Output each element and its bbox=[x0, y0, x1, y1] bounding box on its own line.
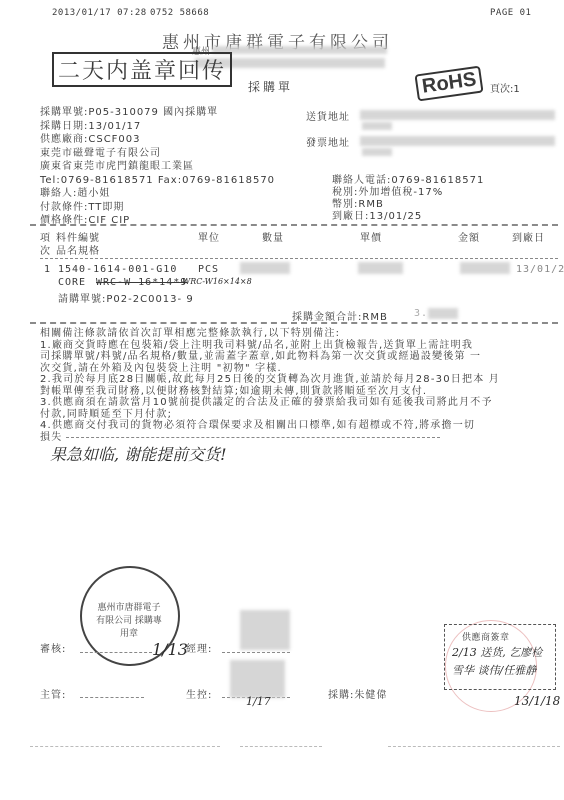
manager-line bbox=[222, 652, 290, 653]
header-divider bbox=[40, 258, 558, 259]
manager-label: 經理: bbox=[186, 640, 212, 655]
review-line bbox=[80, 652, 152, 653]
review-signature: 1/13 bbox=[152, 640, 188, 659]
total-value-prefix: 3. bbox=[414, 308, 428, 319]
header-quantity: 數量 bbox=[262, 229, 284, 244]
production-signature: 1/17 bbox=[246, 695, 271, 708]
document-title: 採購單 bbox=[248, 78, 293, 95]
vendor-tel-fax: Tel:0769-81618571 Fax:0769-81618570 bbox=[40, 174, 275, 188]
row-request-no: 請購單號:P02-2C0013- 9 bbox=[58, 290, 194, 305]
payment-terms: 付款條件:TT即期 bbox=[40, 201, 275, 215]
redacted-amount bbox=[460, 262, 510, 274]
redacted-address bbox=[212, 46, 387, 54]
fax-number: 0752 58668 bbox=[150, 8, 209, 18]
contact-person: 聯絡人:趙小姐 bbox=[40, 187, 275, 201]
row-spec-handwritten: WRC-W16×14×8 bbox=[182, 277, 252, 286]
order-info: 採購單號:P05-310079 國內採購單 採購日期:13/01/17 供應廠商… bbox=[40, 106, 275, 228]
redacted-production-signature bbox=[230, 660, 285, 698]
row-name: CORE bbox=[58, 277, 86, 288]
vendor-address: 廣東省東莞市虎門鎮龍眼工業區 bbox=[40, 160, 275, 174]
row-unit: PCS bbox=[198, 264, 219, 275]
fax-timestamp: 2013/01/17 07:28 bbox=[52, 8, 147, 18]
handwritten-note: 果急如临, 谢能提前交货! bbox=[50, 442, 227, 465]
divider bbox=[30, 322, 558, 324]
page-number: 頁次:1 bbox=[490, 80, 520, 95]
redacted-unit-price bbox=[358, 262, 403, 274]
redacted-ship-to bbox=[360, 110, 555, 120]
note-line: 1.廠商交貨時應在包裝箱/袋上注明我司料號/品名,並附上出貨檢報告,送貨單上需註… bbox=[40, 340, 500, 352]
po-number: 採購單號:P05-310079 國內採購單 bbox=[40, 106, 275, 120]
header-part-spec: 品名規格 bbox=[56, 242, 100, 257]
row-item: 1 bbox=[44, 264, 51, 275]
notes: 相關備注條款請依首次訂單相應完整條款執行,以下特別備注: 1.廠商交貨時應在包裝… bbox=[40, 328, 500, 443]
vendor-name: 東莞市磁聲電子有限公司 bbox=[40, 147, 275, 161]
contact-phone: 聯絡人電話:0769-81618571 bbox=[332, 175, 484, 187]
supplier-handwritten-2: 雪华 谈伟/任雅静 bbox=[452, 662, 536, 678]
note-line: 次交貨,請在外箱及內包裝袋上注明 "初物" 字樣. bbox=[40, 363, 500, 375]
row-spec-struck: WRC-W 16*14*9 bbox=[96, 277, 187, 288]
fax-page: PAGE 01 bbox=[490, 8, 531, 18]
company-seal-text: 惠州市唐群電子有限公司 採購專用章 bbox=[94, 600, 164, 639]
rohs-stamp: RoHS bbox=[414, 66, 484, 102]
review-label: 審核: bbox=[40, 640, 66, 655]
bill-to-label: 發票地址 bbox=[306, 134, 350, 149]
header-unit-price: 單價 bbox=[360, 229, 382, 244]
header-item-2: 次 bbox=[40, 242, 51, 257]
redacted-ship-to-2 bbox=[362, 122, 392, 130]
note-line: 司採購單號/料號/品名規格/數量,並需蓋字蓋章,如此物料為第一次交貨或經過設變後… bbox=[40, 351, 500, 363]
po-date: 採購日期:13/01/17 bbox=[40, 120, 275, 134]
total-label: 採購金額合計:RMB bbox=[292, 308, 388, 323]
redacted-bill-to-2 bbox=[362, 148, 392, 156]
note-line: 4.供應商交付我司的貨物必須符合環保要求及相關出口標準,如有超標或不符,將承擔一… bbox=[40, 420, 500, 432]
redacted-bill-to bbox=[360, 136, 555, 146]
row-arrival: 13/01/2 bbox=[516, 264, 564, 275]
tax-type: 稅別:外加增值稅-17% bbox=[332, 187, 484, 199]
header-unit: 單位 bbox=[198, 229, 220, 244]
redacted-quantity bbox=[240, 262, 290, 274]
divider bbox=[30, 224, 558, 226]
note-line: 付款,同時順延至下月付款; bbox=[40, 409, 500, 421]
supervisor-line bbox=[80, 697, 144, 698]
delivery-info: 聯絡人電話:0769-81618571 稅別:外加增值稅-17% 幣別:RMB … bbox=[332, 175, 484, 223]
header-arrival: 到廠日 bbox=[512, 229, 545, 244]
return-notice-stamp: 二天内盖章回传 bbox=[52, 52, 232, 87]
note-line: 對帳單傳至我司財務,以便財務核對結算;如逾期未傳,則貨款將順延至次月支付. bbox=[40, 386, 500, 398]
note-line: 3.供應商須在請款當月10號前提供議定的合法及正確的發票給我司如有延後我司將此月… bbox=[40, 397, 500, 409]
notes-intro: 相關備注條款請依首次訂單相應完整條款執行,以下特別備注: bbox=[40, 328, 500, 340]
arrival-date: 到廠日:13/01/25 bbox=[332, 211, 484, 223]
header-amount: 金額 bbox=[458, 229, 480, 244]
bottom-line bbox=[388, 746, 560, 747]
redacted-manager-signature bbox=[240, 610, 290, 650]
row-part-no: 1540-1614-001-G10 bbox=[58, 264, 177, 275]
supplier-sign-date: 13/1/18 bbox=[514, 694, 560, 708]
bottom-line bbox=[30, 746, 220, 747]
note-line: 2.我司於每月底28日關帳,故此每月25日後的交貨轉為次月進貨,並請於每月28-… bbox=[40, 374, 500, 386]
bottom-line bbox=[240, 746, 322, 747]
vendor-code: 供應廠商:CSCF003 bbox=[40, 133, 275, 147]
redacted-total bbox=[428, 308, 458, 319]
currency: 幣別:RMB bbox=[332, 199, 484, 211]
supervisor-label: 主管: bbox=[40, 686, 66, 701]
supplier-handwritten-1: 2/13 送货, 乞廖检 bbox=[452, 644, 542, 660]
notes-end-divider bbox=[66, 437, 440, 438]
ship-to-label: 送貨地址 bbox=[306, 108, 350, 123]
supplier-box-title: 供應商簽章 bbox=[462, 630, 510, 643]
production-label: 生控: bbox=[186, 686, 212, 701]
purchaser: 採購:朱健偉 bbox=[328, 686, 387, 701]
